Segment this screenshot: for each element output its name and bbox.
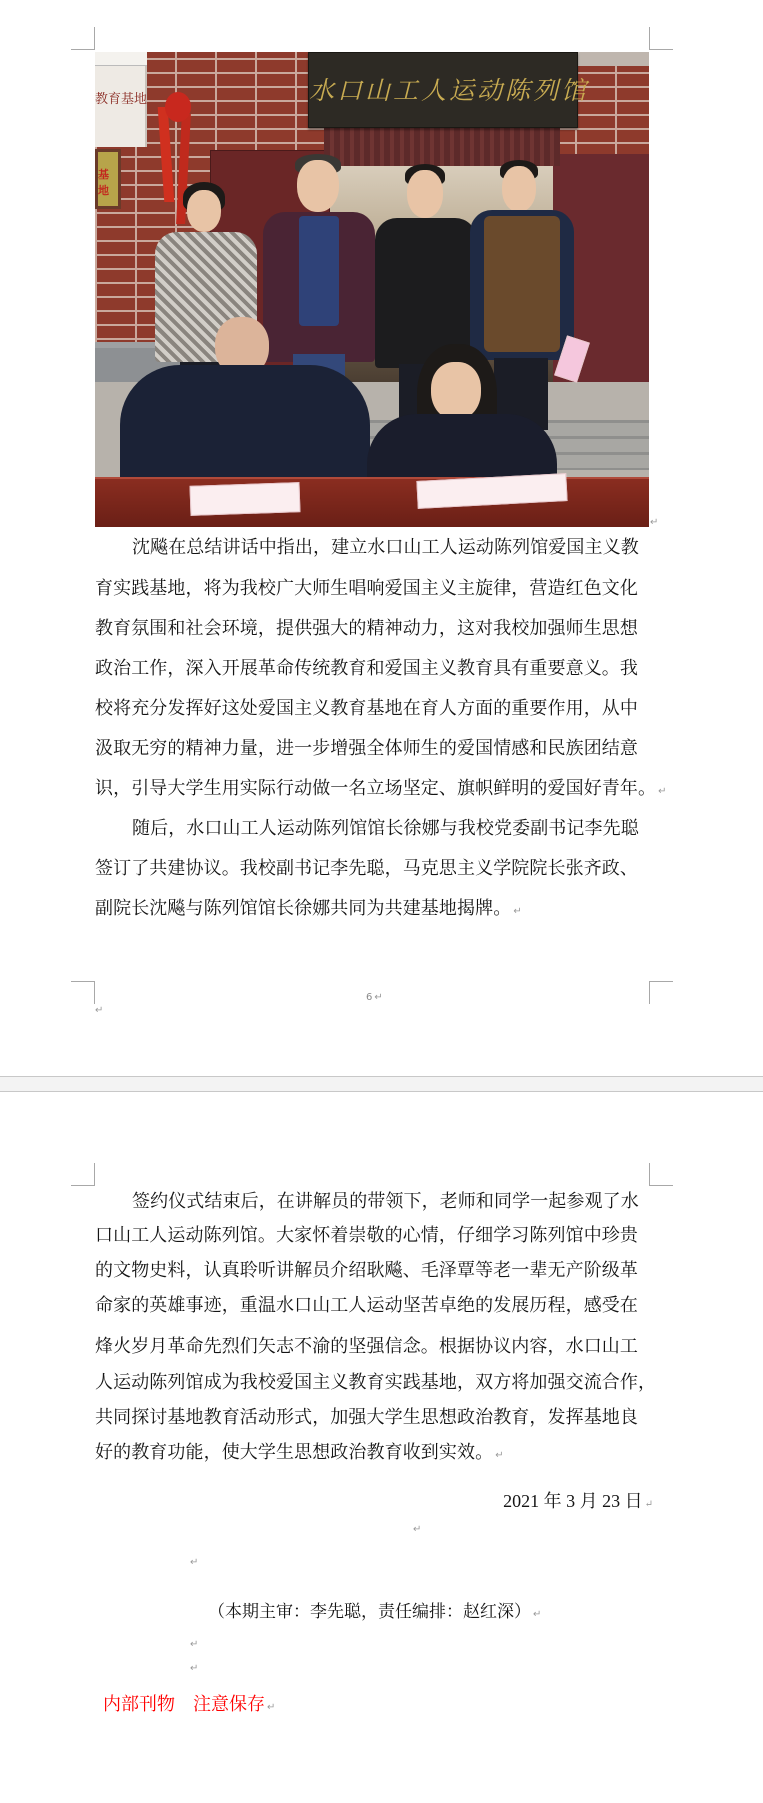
margin-corner-top-left: [71, 27, 95, 50]
paragraph-mark: ↵: [658, 786, 666, 797]
text-line-content: 识，引导大学生用实际行动做一名立场坚定、旗帜鲜明的爱国好青年。: [95, 778, 656, 799]
agreement-document-left: [190, 482, 301, 516]
editor-credit: （本期主审：李先聪，责任编排：赵红深）↵: [208, 1597, 541, 1622]
page-number: 6↵: [366, 992, 383, 1003]
text-line: 识，引导大学生用实际行动做一名立场坚定、旗帜鲜明的爱国好青年。↵: [95, 778, 649, 800]
text-line: 签约仪式结束后，在讲解员的带领下，老师和同学一起参观了水: [132, 1191, 649, 1213]
text-line-content: 好的教育功能，使大学生思想政治教育收到实效。: [95, 1442, 493, 1463]
text-line: 烽火岁月革命先烈们矢志不渝的坚强信念。根据协议内容，水口山工: [95, 1336, 649, 1358]
plaque-text: 教育基地: [95, 88, 147, 107]
text-line: 育实践基地，将为我校广大师生唱响爱国主义主旋律，营造红色文化: [95, 578, 649, 600]
paragraph-mark: ↵: [95, 1006, 103, 1016]
text-line: 副院长沈飚与陈列馆馆长徐娜共同为共建基地揭牌。↵: [95, 898, 649, 920]
text-line: 沈飚在总结讲话中指出，建立水口山工人运动陈列馆爱国主义教: [132, 537, 649, 559]
paragraph-mark: ↵: [190, 1558, 198, 1568]
text-line: 人运动陈列馆成为我校爱国主义教育实践基地，双方将加强交流合作，: [95, 1372, 649, 1394]
text-line: 校将充分发挥好这处爱国主义教育基地在育人方面的重要作用，从中: [95, 698, 649, 720]
paragraph-mark: ↵: [190, 1664, 198, 1674]
margin-corner-top-right: [649, 1163, 673, 1186]
notice-keep: 注意保存: [193, 1694, 265, 1715]
text-line: 好的教育功能，使大学生思想政治教育收到实效。↵: [95, 1442, 649, 1464]
text-line-content: 副院长沈飚与陈列馆馆长徐娜共同为共建基地揭牌。: [95, 898, 511, 919]
text-line: 命家的英雄事迹，重温水口山工人运动坚苦卓绝的发展历程，感受在: [95, 1295, 649, 1317]
publication-date: 2021 年 3 月 23 日↵: [503, 1487, 653, 1513]
text-line: 随后，水口山工人运动陈列馆馆长徐娜与我校党委副书记李先聪: [132, 818, 649, 840]
exhibition-hall-sign: 水口山工人运动陈列馆: [308, 52, 578, 128]
paragraph-mark: ↵: [495, 1450, 503, 1461]
notice-internal: 内部刊物: [103, 1694, 175, 1715]
margin-corner-top-left: [71, 1163, 95, 1186]
education-base-plaque: 教育基地: [95, 52, 147, 147]
paragraph-mark: ↵: [513, 906, 521, 917]
internal-publication-notice: 内部刊物注意保存↵: [103, 1690, 275, 1716]
margin-corner-bottom-left: [71, 981, 95, 1004]
margin-corner-top-right: [649, 27, 673, 50]
paragraph-mark: ↵: [413, 1525, 421, 1535]
text-line: 政治工作，深入开展革命传统教育和爱国主义教育具有重要意义。我: [95, 658, 649, 680]
paragraph-mark: ↵: [650, 518, 658, 528]
signing-ceremony-photo: 教育基地 基地 水口山工人运动陈列馆: [95, 52, 649, 527]
sign-text: 水口山工人运动陈列馆: [309, 71, 577, 107]
margin-corner-bottom-right: [649, 981, 673, 1004]
text-line: 共同探讨基地教育活动形式，加强大学生思想政治教育，发挥基地良: [95, 1407, 649, 1429]
small-plaque: 基地: [95, 149, 121, 209]
text-line: 口山工人运动陈列馆。大家怀着崇敬的心情，仔细学习陈列馆中珍贵: [95, 1225, 649, 1247]
text-line: 的文物史料，认真聆听讲解员介绍耿飚、毛泽覃等老一辈无产阶级革: [95, 1260, 649, 1282]
paragraph-mark: ↵: [190, 1640, 198, 1650]
page-separator: [0, 1076, 763, 1092]
text-line: 教育氛围和社会环境，提供强大的精神动力，这对我校加强师生思想: [95, 618, 649, 640]
text-line: 签订了共建协议。我校副书记李先聪，马克思主义学院院长张齐政、: [95, 858, 649, 880]
text-line: 汲取无穷的精神力量，进一步增强全体师生的爱国情感和民族团结意: [95, 738, 649, 760]
small-plaque-text: 基地: [98, 166, 118, 198]
